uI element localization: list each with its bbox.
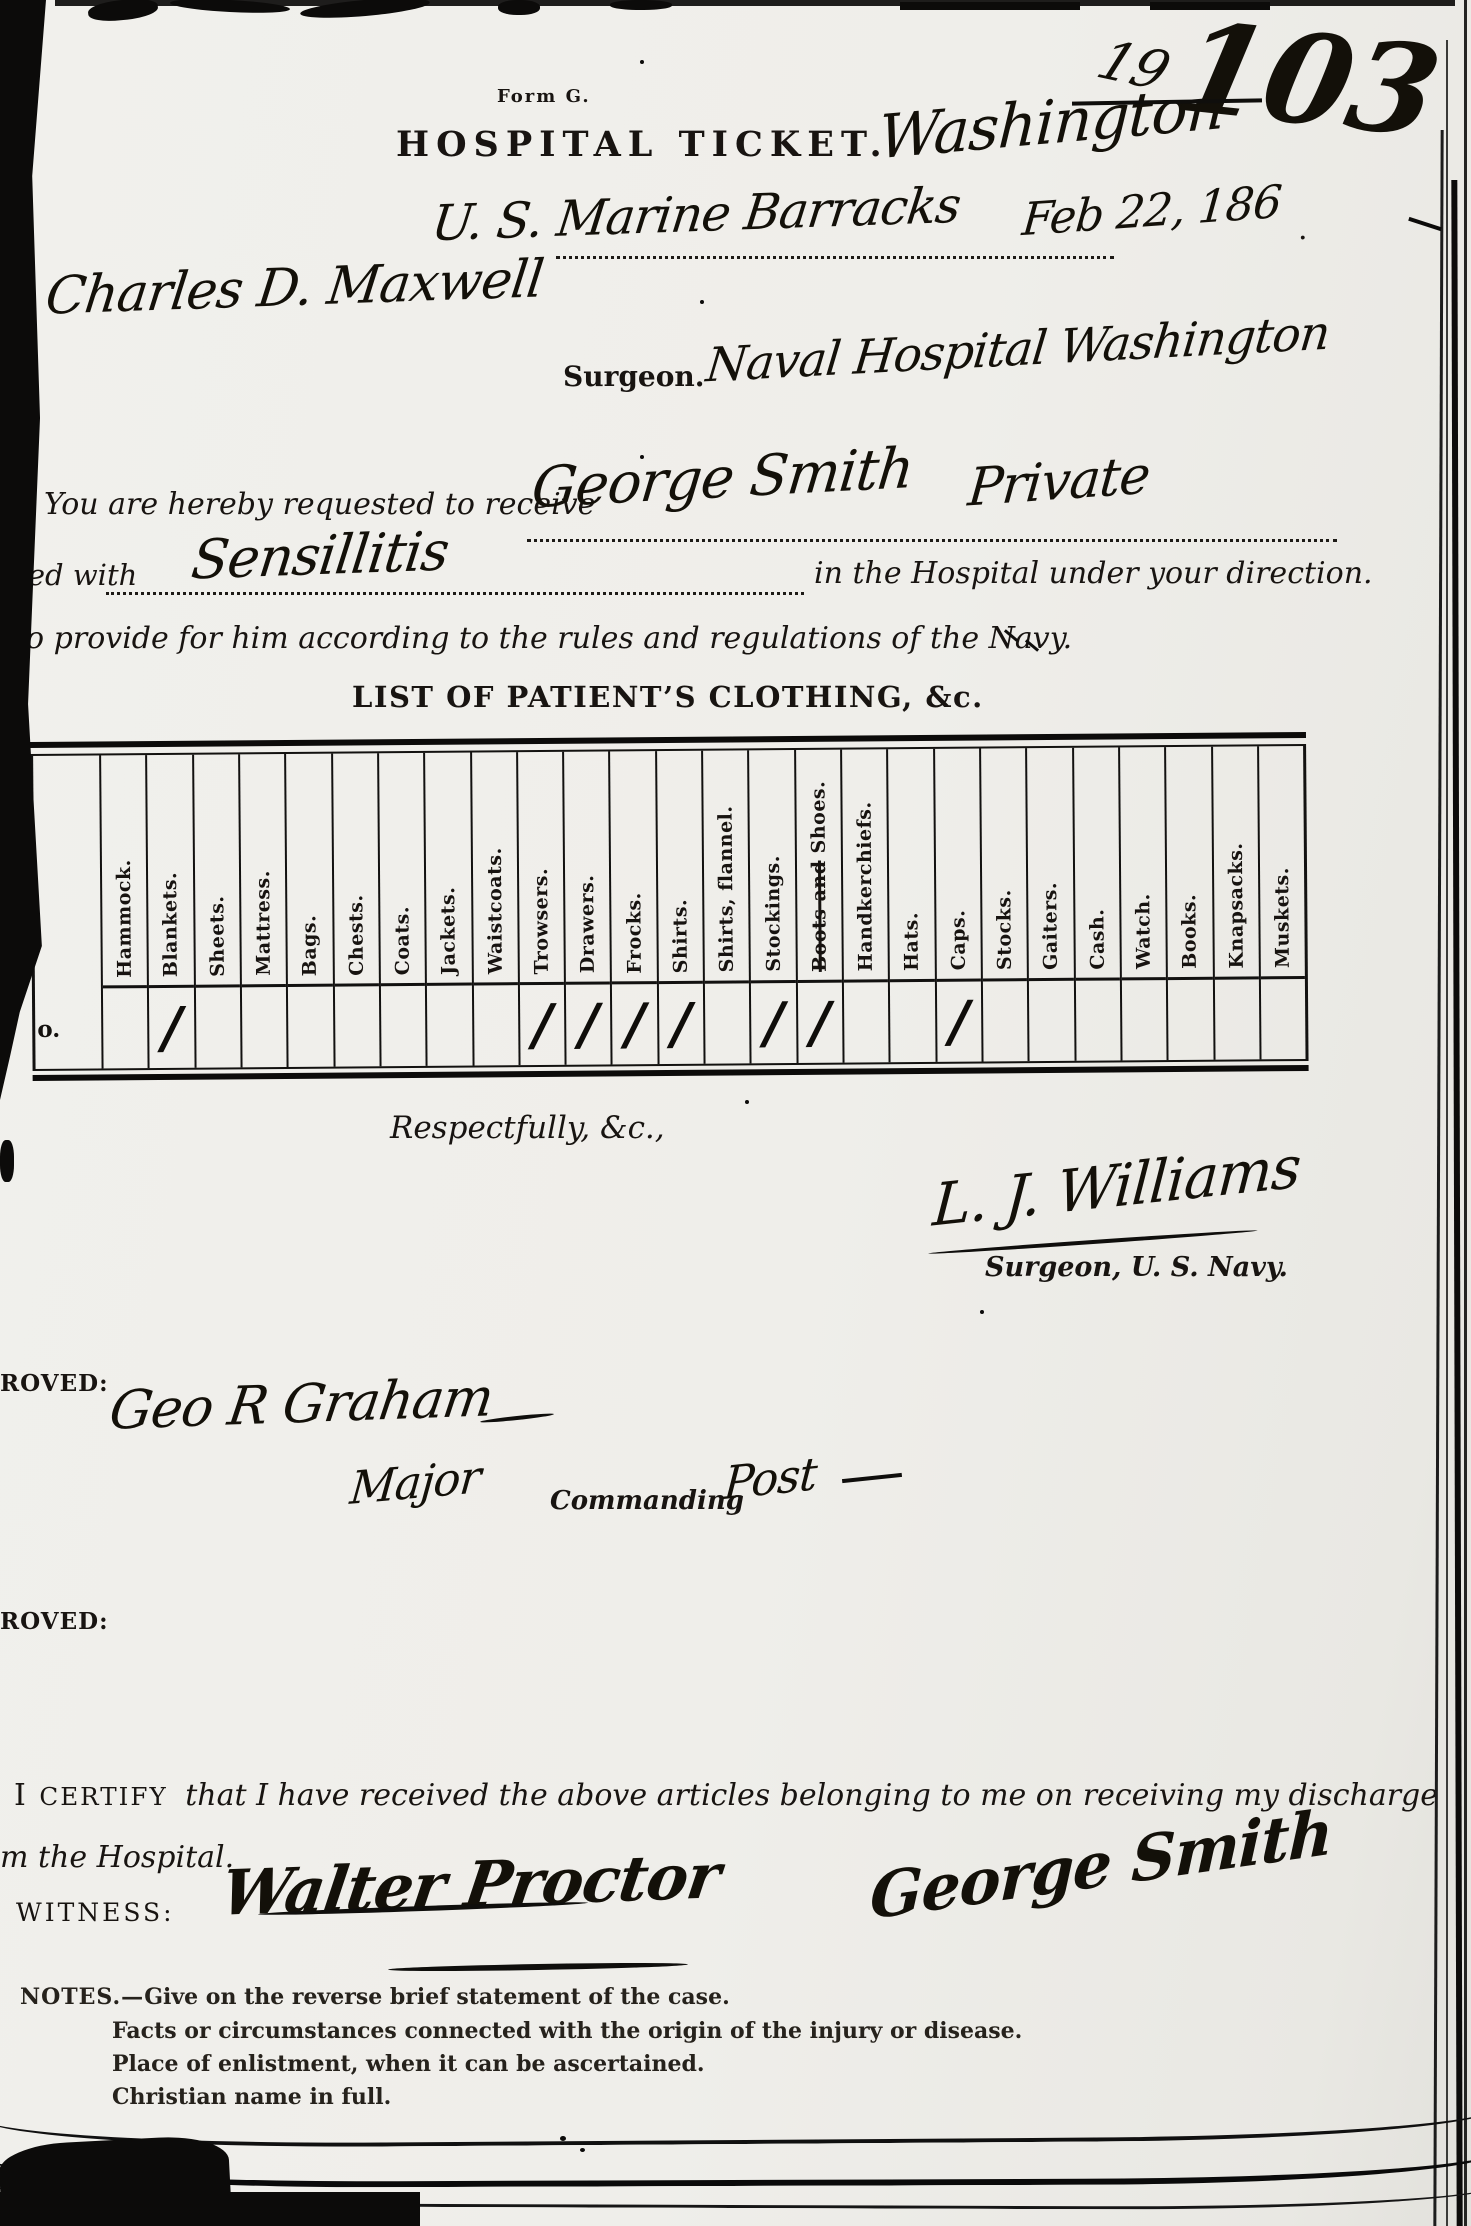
ink-speck (640, 455, 644, 459)
clothing-column: Trowsers./ (516, 752, 565, 1065)
clothing-column-header: Hammock. (101, 755, 147, 988)
clothing-column-header: Hats. (888, 749, 934, 982)
notes-line-3: Place of enlistment, when it can be asce… (112, 2051, 705, 2077)
scan-artifact (498, 0, 540, 15)
notes-lead: NOTES.— (20, 1984, 144, 2010)
clothing-column-header: Mattress. (240, 754, 286, 987)
clothing-columns: o. Hammock.Blankets./Sheets.Mattress.Bag… (30, 746, 1308, 1069)
clothing-column: Hats. (886, 749, 935, 1062)
signature-tail (480, 1412, 554, 1424)
clothing-column-value: / (612, 984, 657, 1064)
ink-speck (975, 120, 979, 124)
certify-lead-i: I (14, 1778, 26, 1813)
scan-artifact (900, 2, 1080, 10)
certify-lead-word: CERTIFY (39, 1782, 167, 1811)
clothing-column-value (1075, 980, 1120, 1060)
clothing-column-value (427, 986, 472, 1066)
witness-signature-flourish (388, 1961, 688, 1972)
post-dash (842, 1473, 902, 1483)
clothing-column: Gaiters. (1025, 748, 1074, 1061)
clothing-column-value (844, 982, 889, 1062)
ink-speck (640, 60, 644, 64)
scan-artifact-spine (1464, 0, 1467, 2226)
clothing-column-header: Watch. (1120, 747, 1166, 980)
clothing-column: Drawers./ (562, 751, 611, 1064)
clothing-column-header: Books. (1166, 747, 1212, 980)
clothing-column-value (103, 988, 148, 1068)
clothing-column: Books. (1164, 747, 1213, 1060)
clothing-column-value (1261, 979, 1306, 1059)
scan-artifact-spine (1451, 180, 1462, 2226)
clothing-column-value (705, 983, 750, 1063)
scan-artifact (0, 1140, 14, 1182)
clothing-column-value: / (751, 983, 796, 1063)
clothing-column-value (890, 982, 935, 1062)
patient-signature: George Smith (869, 1795, 1334, 1934)
request-line-2-suffix: in the Hospital under your direction. (814, 556, 1373, 591)
clothing-column: Boots and Shoes./ (794, 750, 843, 1063)
clothing-column: Blankets./ (145, 755, 194, 1068)
clothing-column-header: Frocks. (611, 751, 657, 984)
station-rule (556, 256, 1114, 259)
clothing-column-value: / (798, 983, 843, 1063)
clothing-column-value (473, 985, 518, 1065)
clothing-column-header: Caps. (935, 749, 981, 982)
form-label: Form G. (497, 86, 591, 107)
clothing-column-header: Sheets. (194, 754, 240, 987)
scan-artifact-spine (1446, 40, 1448, 2226)
clothing-column-header: Jackets. (425, 753, 471, 986)
clothing-column-header: Muskets. (1259, 746, 1305, 979)
notes-line-1: NOTES.—Give on the reverse brief stateme… (20, 1984, 730, 2010)
scan-artifact-left-band (0, 0, 46, 1100)
clothing-column-header: Stockings. (749, 750, 795, 983)
post-handwriting: Post (722, 1447, 818, 1510)
addressee-title: Surgeon. (563, 360, 705, 393)
clothing-column: Watch. (1118, 747, 1167, 1060)
approved-label-1: ROVED: (0, 1370, 109, 1397)
clothing-column: Cash. (1072, 747, 1121, 1060)
clothing-column: Shirts, flannel. (701, 750, 750, 1063)
clothing-column-header: Boots and Shoes. (796, 750, 842, 983)
clothing-column-header: Cash. (1074, 747, 1120, 980)
notes-text-1: Give on the reverse brief statement of t… (144, 1984, 730, 2010)
request-line-3: to provide for him according to the rule… (14, 621, 1072, 656)
ink-speck (580, 2148, 585, 2152)
clothing-column-header: Shirts, flannel. (703, 750, 749, 983)
request-line-1: You are hereby requested to receive (44, 487, 595, 522)
clothing-column-header: Stocks. (981, 748, 1027, 981)
scan-artifact (1150, 2, 1270, 10)
clothing-column-value (381, 986, 426, 1066)
addressee-handwriting: Charles D. Maxwell (42, 249, 546, 327)
clothing-column-header: Blankets. (147, 755, 193, 988)
ink-speck (980, 1310, 984, 1314)
clothing-column: Mattress. (238, 754, 287, 1067)
disease-handwriting: Sensillitis (188, 519, 452, 591)
patient-name-handwriting: George Smith (529, 436, 916, 521)
clothing-column: Handkerchiefs. (840, 749, 889, 1062)
clothing-column-value (1029, 981, 1074, 1061)
patient-rule (527, 539, 1337, 542)
witness-signature: Walter Proctor (217, 1839, 724, 1930)
scan-artifact (0, 2192, 420, 2226)
clothing-table: o. Hammock.Blankets./Sheets.Mattress.Bag… (30, 732, 1309, 1081)
approved-label-2: ROVED: (0, 1608, 109, 1635)
clothing-column-header: Gaiters. (1027, 748, 1073, 981)
addressee-station-handwriting: Naval Hospital Washington (704, 305, 1333, 393)
clothing-column-value (334, 986, 379, 1066)
clothing-column-value: / (149, 988, 194, 1068)
clothing-column: Stockings./ (747, 750, 796, 1063)
ink-speck (745, 1100, 749, 1104)
surgeon-title: Surgeon, U. S. Navy. (985, 1252, 1288, 1283)
clothing-column: Shirts./ (655, 751, 704, 1064)
date-handwriting: Feb 22, 186 (1020, 175, 1283, 247)
clothing-column-value (1214, 979, 1259, 1059)
approver-signature: Geo R Graham (106, 1367, 497, 1442)
clothing-column: Chests. (331, 753, 380, 1066)
clothing-column-value (242, 987, 287, 1067)
respectfully-line: Respectfully, &c., (390, 1110, 665, 1146)
clothing-list-title: LIST OF PATIENT’S CLOTHING, &c. (352, 680, 984, 714)
scan-artifact-spine (1433, 130, 1443, 2226)
clothing-column: Caps./ (933, 749, 982, 1062)
surgeon-signature: L. J. Williams (931, 1132, 1303, 1239)
clothing-column-value: / (520, 985, 565, 1065)
notes-line-2: Facts or circumstances connected with th… (112, 2018, 1022, 2044)
ticket-number: 103 (1166, 0, 1451, 165)
clothing-column: Frocks./ (609, 751, 658, 1064)
clothing-column-value: / (566, 984, 611, 1064)
ink-speck (700, 300, 704, 304)
station-handwriting: U. S. Marine Barracks (429, 177, 964, 253)
certify-line: I CERTIFY that I have received the above… (14, 1778, 1438, 1813)
patient-rank-handwriting: Private (966, 445, 1152, 518)
clothing-column: Waistcoats. (470, 752, 519, 1065)
scan-artifact (1408, 217, 1442, 231)
clothing-column: Knapsacks. (1211, 746, 1260, 1059)
witness-label: WITNESS: (16, 1898, 175, 1927)
clothing-column-header: Waistcoats. (472, 752, 518, 985)
clothing-column: Stocks. (979, 748, 1028, 1061)
clothing-column-value (983, 981, 1028, 1061)
clothing-column-header: Drawers. (564, 751, 610, 984)
scan-artifact (87, 0, 159, 24)
clothing-column: Hammock. (99, 755, 148, 1068)
clothing-column-value (1122, 980, 1167, 1060)
clothing-column: Muskets. (1257, 746, 1306, 1059)
disease-rule (106, 592, 804, 595)
clothing-column-value (196, 987, 241, 1067)
hospital-ticket-scan: Form G. HOSPITAL TICKET. Washington 19 1… (0, 0, 1471, 2226)
clothing-column: Coats. (377, 753, 426, 1066)
clothing-column-header: Shirts. (657, 751, 703, 984)
clothing-column-header: Trowsers. (518, 752, 564, 985)
clothing-column-header: Handkerchiefs. (842, 749, 888, 982)
clothing-column-header: Chests. (333, 753, 379, 986)
certify-line-2: m the Hospital. (0, 1840, 234, 1875)
date-period: . (1298, 212, 1308, 247)
clothing-column-value: / (659, 984, 704, 1064)
document-title: HOSPITAL TICKET. (396, 124, 889, 165)
clothing-column: Bags. (284, 754, 333, 1067)
row-label-cell: o. (33, 755, 101, 1069)
ink-speck (560, 2136, 566, 2141)
clothing-column: Jackets. (423, 753, 472, 1066)
clothing-column-header: Bags. (286, 754, 332, 987)
clothing-column: Sheets. (192, 754, 241, 1067)
row-label: o. (37, 1016, 60, 1043)
clothing-column-value (288, 987, 333, 1067)
commanding-label: Commanding (550, 1486, 744, 1516)
clothing-column-header: Coats. (379, 753, 425, 986)
scan-artifact (610, 0, 672, 10)
clothing-column-value (1168, 980, 1213, 1060)
clothing-column-header: Knapsacks. (1213, 746, 1259, 979)
clothing-column-value: / (937, 982, 982, 1062)
approver-rank-handwriting: Major (348, 1450, 483, 1515)
